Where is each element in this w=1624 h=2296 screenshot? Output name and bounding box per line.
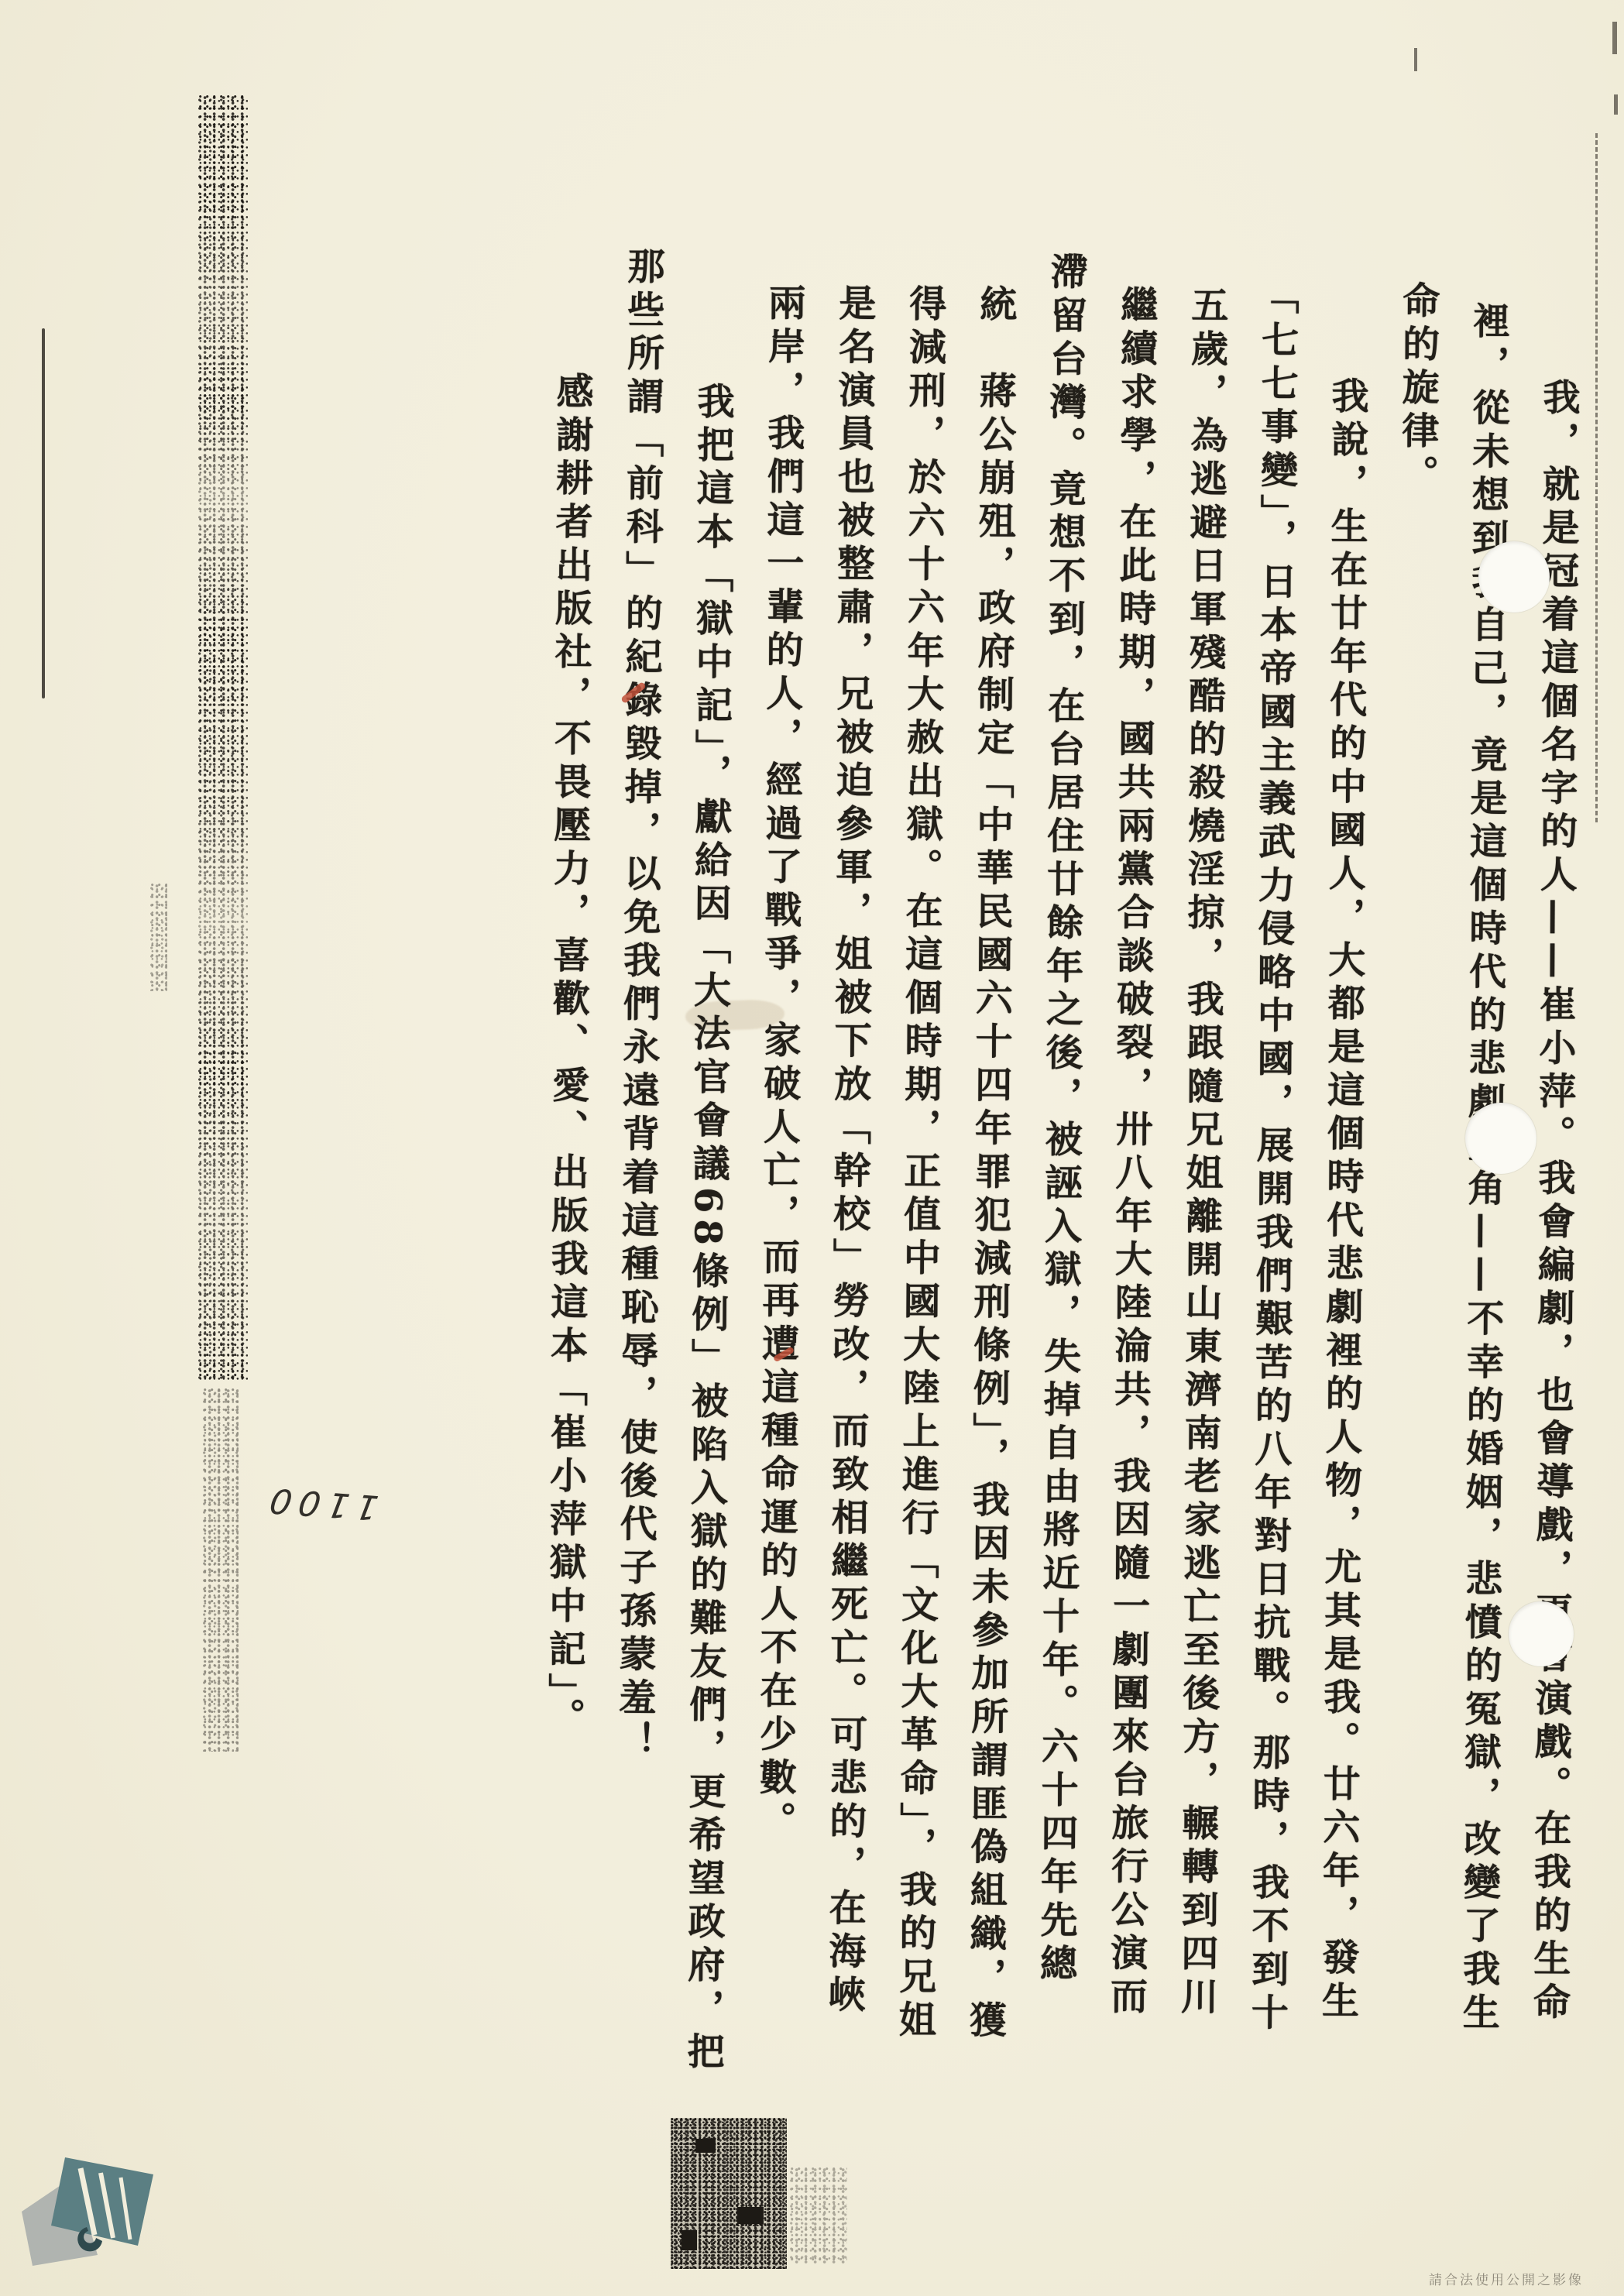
- text-column: 得減刑，於六十六年大赦出獄。在這個時期，正值中國大陸上進行「文化大革命」，我的兄…: [891, 284, 947, 2057]
- scan-noise-block-bottom-right: [790, 2167, 847, 2263]
- text-column: 滯留台灣。竟想不到，在台居住廿餘年之後，被誣入獄，失掉自由將近十年。六十四年先總: [1032, 252, 1088, 2026]
- text-column: 繼續求學，在此時期，國共兩黨合談破裂，卅八年大陸淪共，我因隨一劇團來台旅行公演而: [1103, 285, 1159, 2058]
- scan-noise-smudge: [150, 883, 167, 991]
- text-column: 我把這本「獄中記」，獻給因「大法官會議68條例」被陷入獄的難友們，更希望政府，把: [679, 292, 736, 2155]
- hole-punch: [1509, 1601, 1574, 1666]
- scan-edge-mark: [1614, 94, 1618, 115]
- body-text: 我，就是冠着這個名字的人——崔小萍。我會編劇，也會導戲，更會演戲。在我的生命 裡…: [539, 282, 1581, 2061]
- hole-punch: [1478, 541, 1550, 613]
- handwritten-page-number: 1100: [260, 1480, 382, 1527]
- text-column: 五歲，為逃避日軍殘酷的殺燒淫掠，我跟隨兄姐離開山東濟南老家逃亡至後方，輾轉到四川: [1173, 286, 1229, 2059]
- usage-watermark: 請合法使用公開之影像: [1429, 2269, 1584, 2288]
- archive-logo-icon: [20, 2140, 183, 2274]
- scan-edge-line: [42, 328, 45, 698]
- scanned-page: 我，就是冠着這個名字的人——崔小萍。我會編劇，也會導戲，更會演戲。在我的生命 裡…: [0, 0, 1624, 2296]
- scan-noise-band-left-lower: [203, 1388, 239, 1752]
- text-column: 「七七事變」，日本帝國主義武力侵略中國，展開我們艱苦的八年對日抗戰。那時，我不到…: [1244, 276, 1300, 2050]
- scan-edge-mark: [1414, 48, 1417, 71]
- scan-noise-band-left: [198, 94, 248, 1380]
- text-column: 感謝耕者出版社，不畏壓力，喜歡、愛、出版我這本「崔小萍獄中記」。: [538, 282, 595, 2145]
- text-column: 那些所謂「前科」的紀錄毀掉，以免我們永遠背着這種恥辱，使後代子孫蒙羞！: [609, 246, 665, 2020]
- text-column: 我說，生在廿年代的中國人，大都是這個時代悲劇裡的人物，尤其是我。廿六年，發生: [1313, 287, 1370, 2150]
- scan-fold-line: [1595, 133, 1598, 822]
- text-column: 是名演員也被整肅，兄被迫參軍，姐被下放「幹校」勞改，而致相繼死亡。可悲的，在海峽: [821, 283, 877, 2057]
- hole-punch: [1465, 1103, 1536, 1174]
- text-column: 兩岸，我們這一輩的人，經過了戰爭，家破人亡，而再遭這種命運的人不在少數。: [750, 283, 806, 2057]
- ink-blot: [682, 2230, 697, 2250]
- scan-edge-mark: [1612, 22, 1617, 54]
- text-column: 統 蔣公崩殂，政府制定「中華民國六十四年罪犯減刑條例」，我因未參加所謂匪偽組織，…: [962, 284, 1018, 2057]
- ink-blot: [737, 2207, 764, 2224]
- text-column: 命的旋律。: [1385, 281, 1440, 2054]
